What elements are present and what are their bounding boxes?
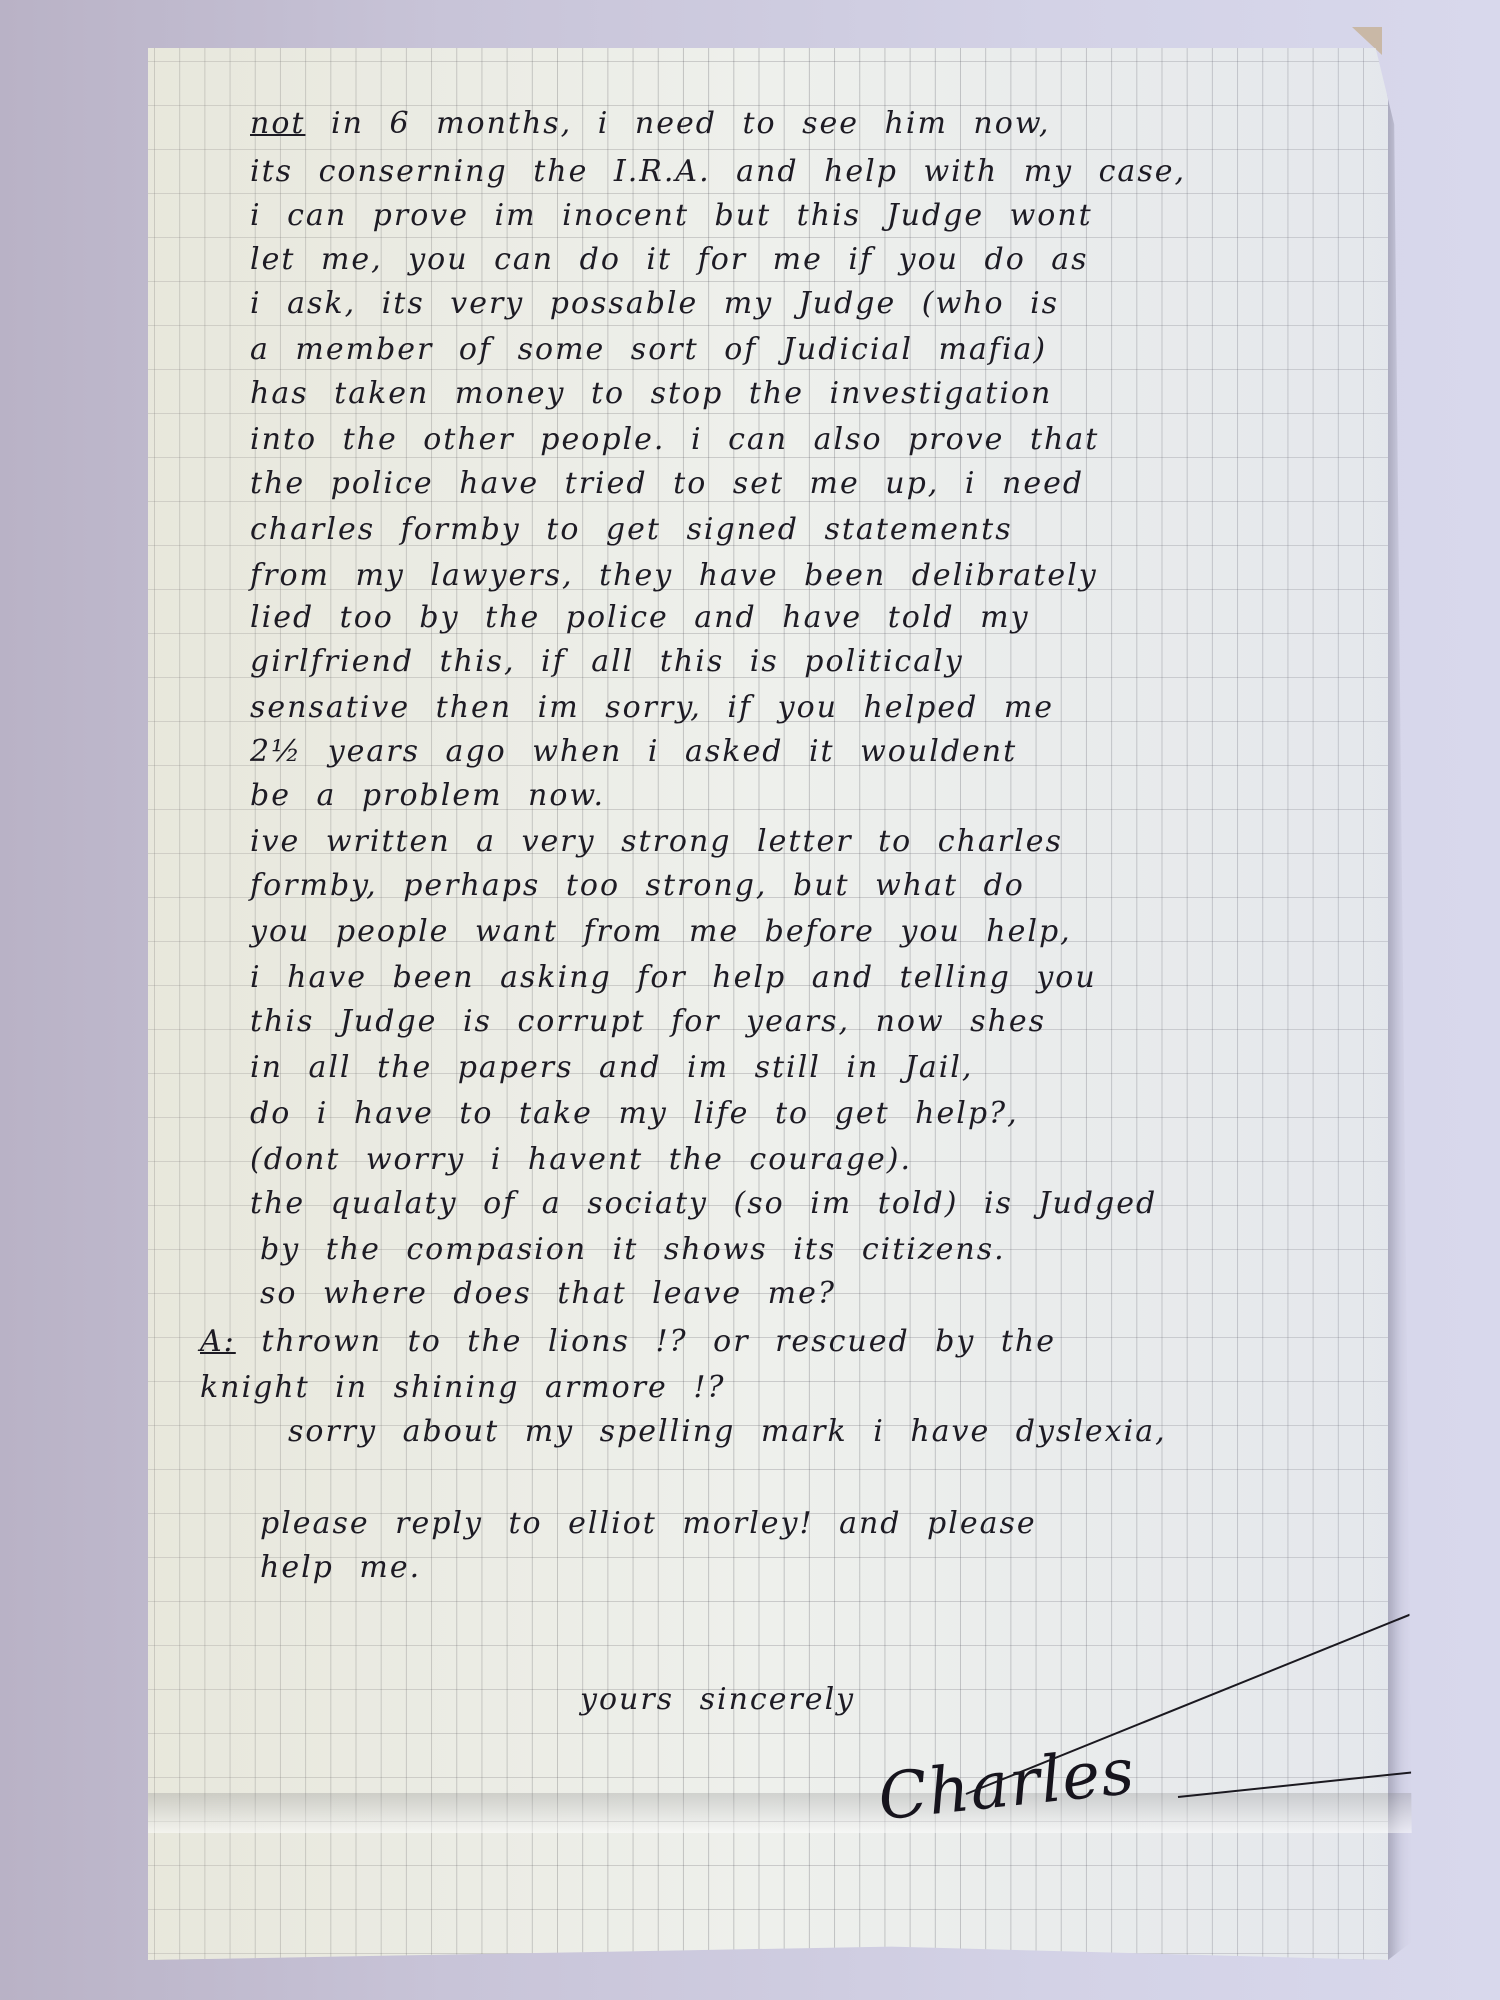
letter-line-9: the police have tried to set me up, i ne…	[250, 466, 1084, 501]
signature-underline-stroke	[966, 1598, 1449, 1795]
letter-line-31: please reply to elliot morley! and pleas…	[260, 1506, 1037, 1541]
letter-line-2: its conserning the I.R.A. and help with …	[250, 154, 1186, 189]
letter-paper: not in 6 months, i need to see him now, …	[148, 48, 1388, 1960]
letter-line-6: a member of some sort of Judicial mafia)	[250, 332, 1047, 367]
letter-line-22: in all the papers and im still in Jail,	[250, 1050, 973, 1085]
letter-line-15: 2½ years ago when i asked it wouldent	[250, 734, 1017, 769]
letter-line-30: sorry about my spelling mark i have dysl…	[288, 1414, 1167, 1449]
letter-body: not in 6 months, i need to see him now, …	[148, 48, 1388, 1960]
underlined-word: not	[250, 106, 305, 141]
letter-line-4: let me, you can do it for me if you do a…	[250, 242, 1089, 277]
letter-line-1: not in 6 months, i need to see him now,	[250, 106, 1050, 141]
letter-line-12: lied too by the police and have told my	[250, 600, 1030, 635]
letter-line-21: this Judge is corrupt for years, now she…	[250, 1004, 1046, 1039]
letter-line-17: ive written a very strong letter to char…	[250, 824, 1063, 859]
letter-line-13: girlfriend this, if all this is politica…	[250, 644, 964, 679]
answer-line: knight in shining armore !?	[200, 1370, 725, 1405]
letter-line-5: i ask, its very possable my Judge (who i…	[250, 286, 1059, 321]
letter-line-32: help me.	[260, 1550, 421, 1585]
question-line: A: thrown to the lions !? or rescued by …	[200, 1324, 1056, 1359]
letter-line-26: by the compasion it shows its citizens.	[260, 1232, 1006, 1267]
closing-salutation: yours sincerely	[580, 1682, 855, 1717]
question-label: A:	[200, 1324, 236, 1359]
letter-line-27: so where does that leave me?	[260, 1276, 836, 1311]
letter-line-16: be a problem now.	[250, 778, 605, 813]
letter-line-24: (dont worry i havent the courage).	[250, 1142, 912, 1177]
letter-line-23: do i have to take my life to get help?,	[250, 1096, 1019, 1131]
signature: Charles	[875, 1735, 1138, 1835]
letter-line-7: has taken money to stop the investigatio…	[250, 376, 1052, 411]
letter-line-14: sensative then im sorry, if you helped m…	[250, 690, 1054, 725]
letter-line-20: i have been asking for help and telling …	[250, 960, 1097, 995]
letter-line-11: from my lawyers, they have been delibrat…	[250, 558, 1098, 593]
signature-flourish-stroke	[1178, 1766, 1462, 1798]
letter-line-25: the qualaty of a sociaty (so im told) is…	[250, 1186, 1157, 1221]
letter-line-3: i can prove im inocent but this Judge wo…	[250, 198, 1093, 233]
letter-line-10: charles formby to get signed statements	[250, 512, 1013, 547]
letter-line-8: into the other people. i can also prove …	[250, 422, 1099, 457]
letter-line-18: formby, perhaps too strong, but what do	[250, 868, 1025, 903]
letter-line-19: you people want from me before you help,	[250, 914, 1072, 949]
